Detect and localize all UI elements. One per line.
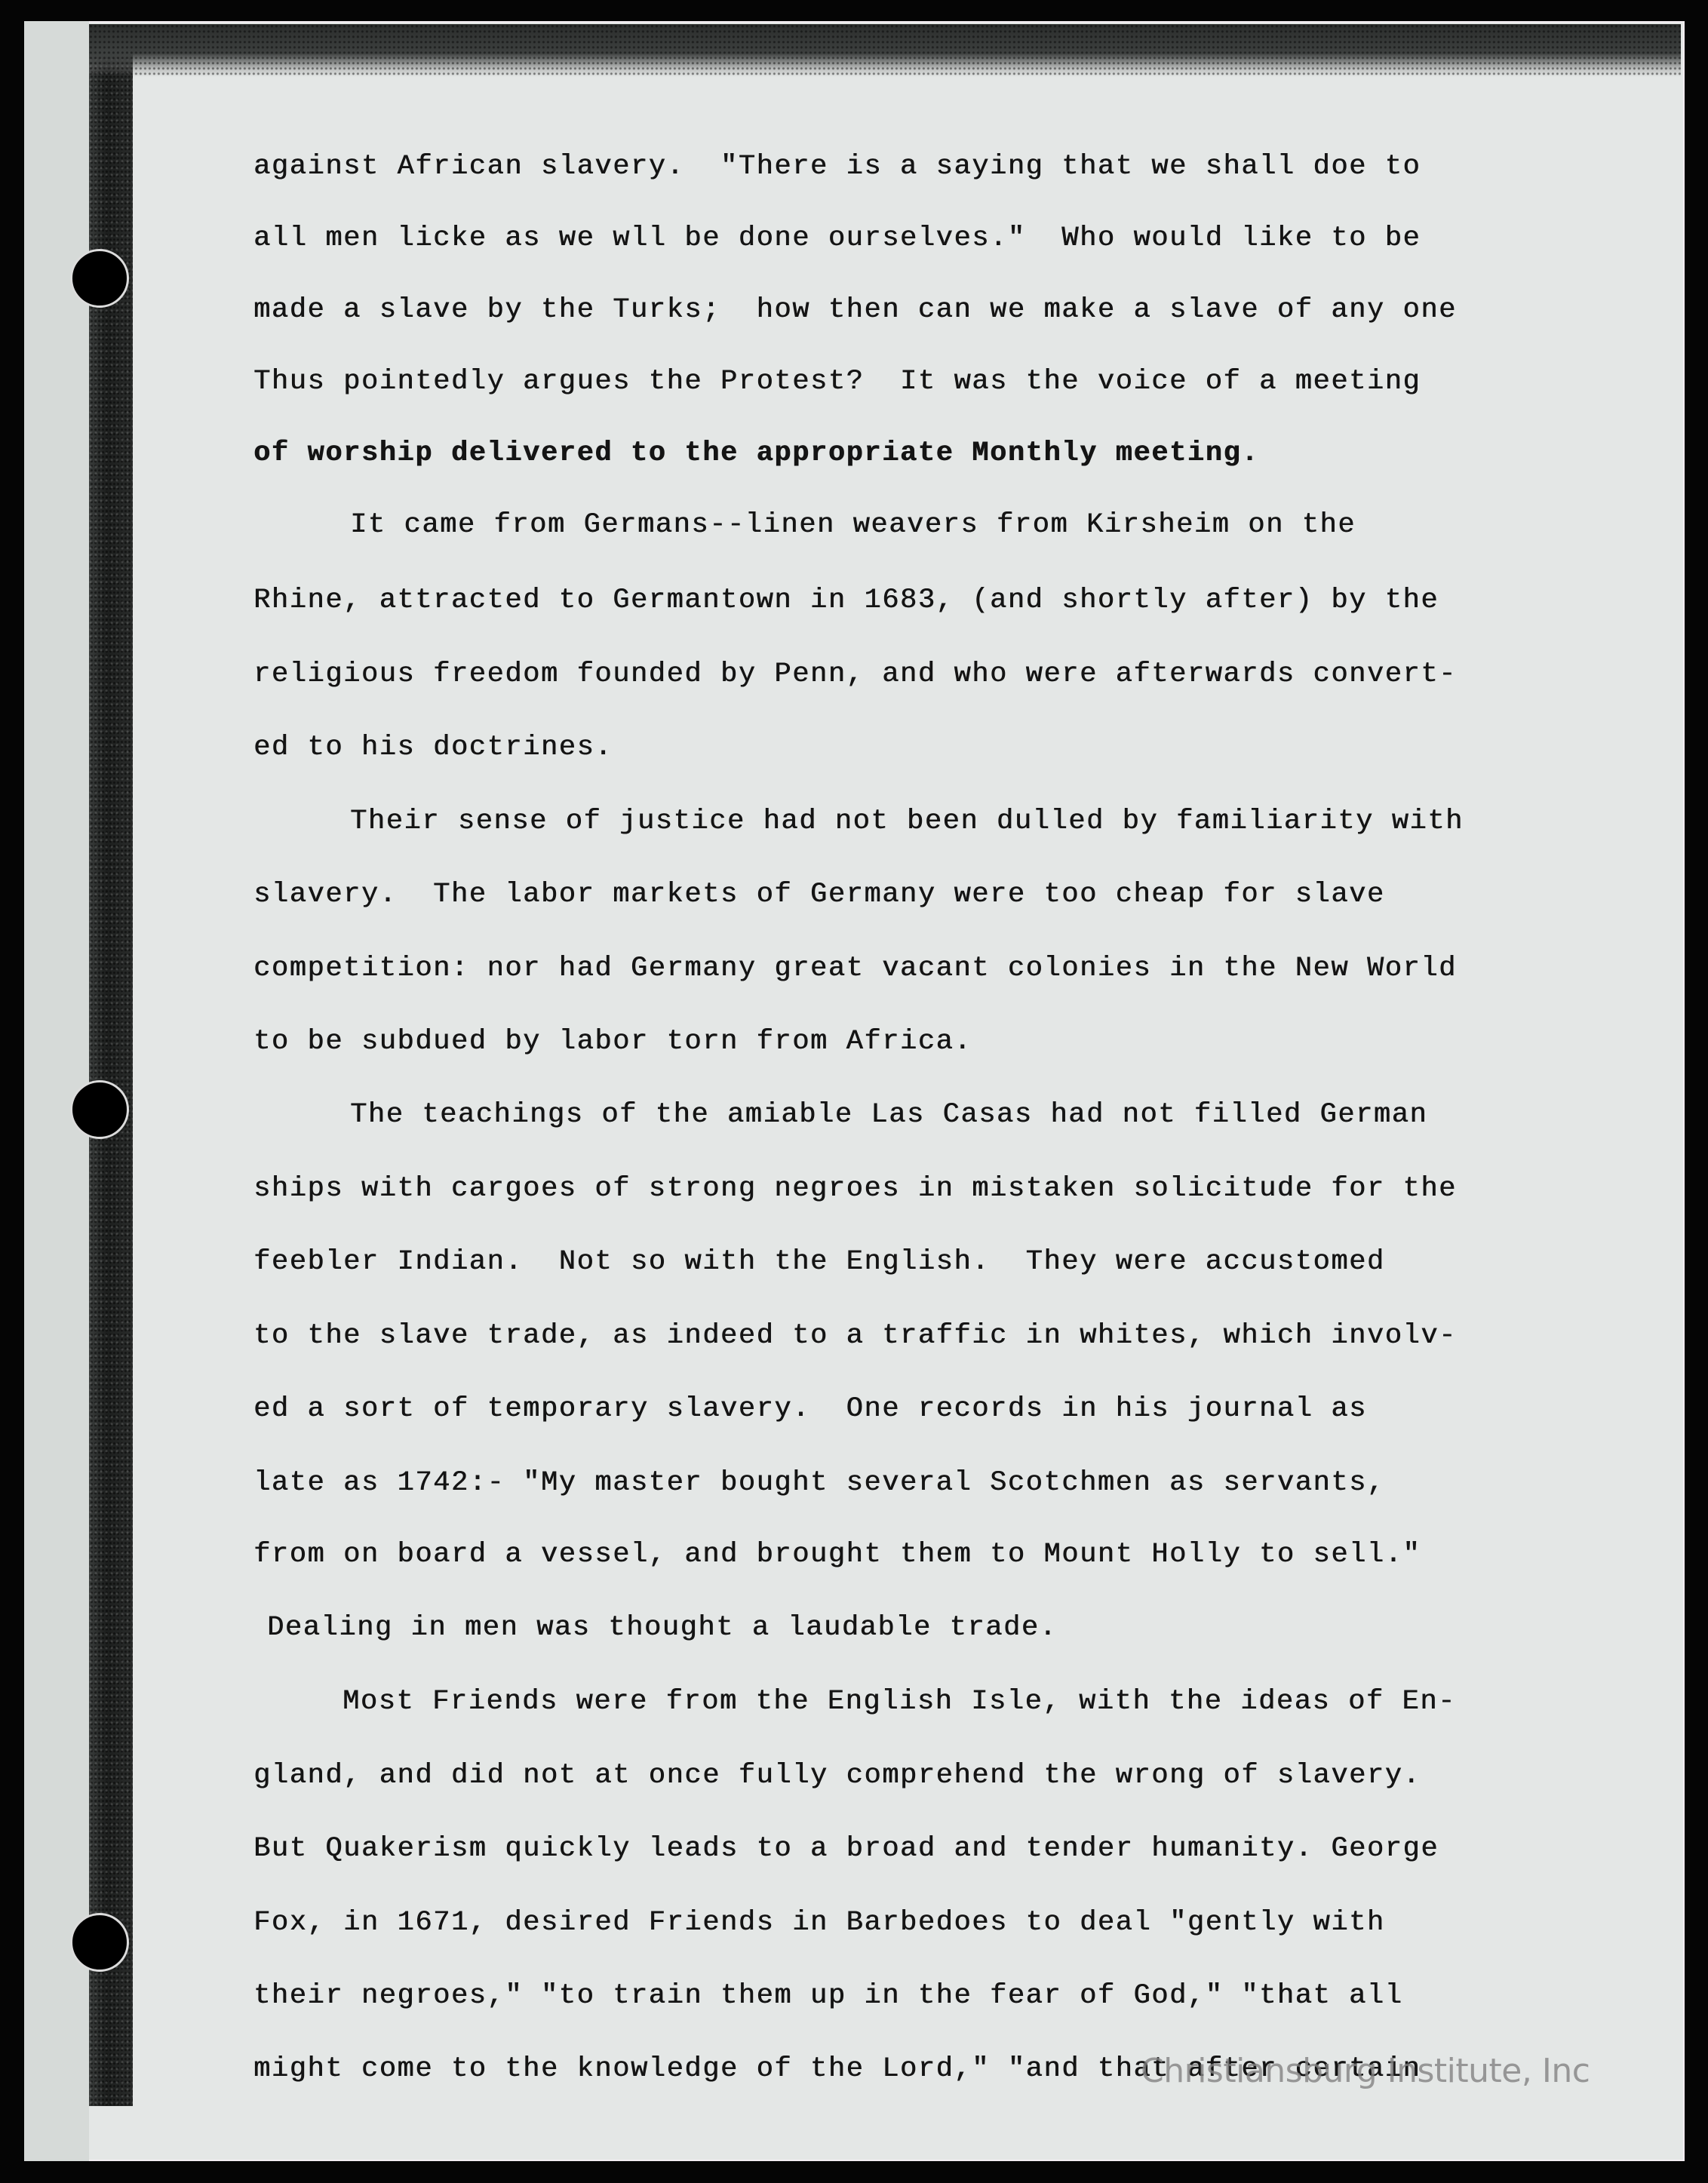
text-line: Most Friends were from the English Isle,… [343,1686,1456,1718]
binding-shadow-strip [89,24,133,2106]
text-line: religious freedom founded by Penn, and w… [253,659,1457,690]
text-line: to the slave trade, as indeed to a traff… [253,1320,1457,1352]
text-line: Dealing in men was thought a laudable tr… [267,1612,1057,1644]
text-line: slavery. The labor markets of Germany we… [253,879,1385,910]
text-line: ed to his doctrines. [253,732,613,763]
text-line: Rhine, attracted to Germantown in 1683, … [253,585,1439,616]
text-line: made a slave by the Turks; how then can … [253,294,1457,326]
text-line: The teachings of the amiable Las Casas h… [350,1099,1427,1131]
punch-hole-middle-icon [70,1080,129,1139]
text-line: against African slavery. "There is a say… [253,151,1421,183]
text-line: It came from Germans--linen weavers from… [350,509,1356,541]
text-line: all men licke as we wll be done ourselve… [253,223,1421,254]
text-line: from on board a vessel, and brought them… [253,1539,1421,1570]
text-line: feebler Indian. Not so with the English.… [253,1246,1385,1278]
text-line: Their sense of justice had not been dull… [350,806,1464,837]
text-line: Thus pointedly argues the Protest? It wa… [253,366,1421,398]
top-shadow-band [89,24,1681,77]
text-line: to be subdued by labor torn from Africa. [253,1026,972,1058]
text-line: But Quakerism quickly leads to a broad a… [253,1833,1439,1865]
watermark: Christiansburg Institute, Inc [1141,2052,1590,2090]
punch-hole-bottom-icon [70,1913,129,1972]
text-line: Fox, in 1671, desired Friends in Barbedo… [253,1907,1385,1939]
text-line: of worship delivered to the appropriate … [253,438,1259,469]
punch-hole-top-icon [70,249,129,308]
text-line: competition: nor had Germany great vacan… [253,953,1457,984]
text-line: late as 1742:- "My master bought several… [253,1467,1385,1499]
text-line: their negroes," "to train them up in the… [253,1980,1402,2012]
text-line: gland, and did not at once fully compreh… [253,1760,1421,1792]
text-line: ed a sort of temporary slavery. One reco… [253,1393,1367,1425]
text-line: ships with cargoes of strong negroes in … [253,1173,1457,1205]
